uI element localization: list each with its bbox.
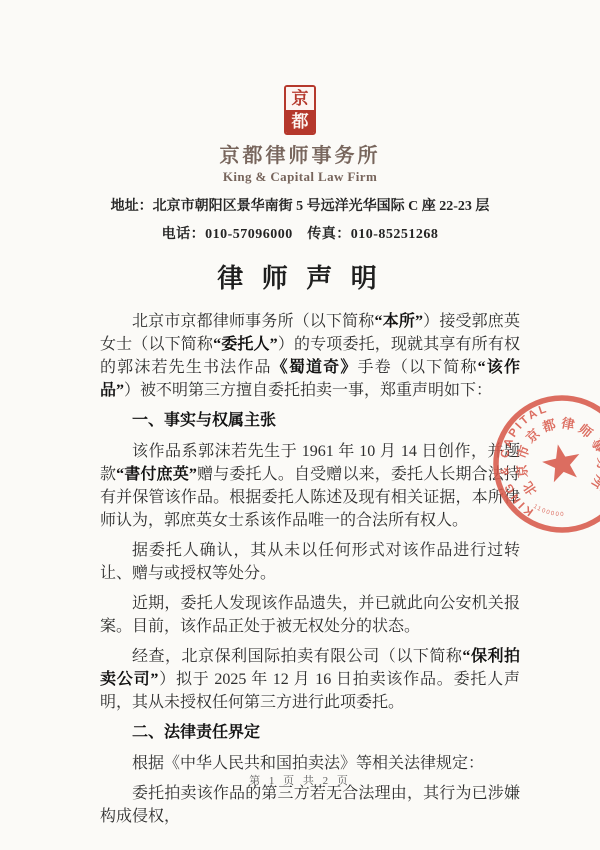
text-run: ）拟于 2025 年 12 月 16 日拍卖该作品。委托人声明，其从未授权任何第… (100, 671, 520, 711)
text-run: 《蜀道奇》 (272, 359, 358, 376)
stamp-star-icon (539, 440, 584, 483)
paragraph: 该作品系郭沫若先生于 1961 年 10 月 14 日创作，并题款“書付庶英”赠… (100, 440, 520, 532)
paragraph: 北京市京都律师事务所（以下简称“本所”）接受郭庶英女士（以下简称“委托人”）的专… (100, 310, 520, 402)
logo-bottom-character: 都 (286, 110, 314, 133)
page-number: 第 1 页 共 2 页 (0, 772, 600, 788)
text-run: 根据《中华人民共和国拍卖法》等相关法律规定： (132, 755, 484, 772)
section-heading: 二、法律责任界定 (100, 721, 520, 744)
text-run: “委托人” (213, 336, 278, 353)
letterhead: 京 都 京都律师事务所 King & Capital Law Firm 地址：北… (0, 0, 600, 243)
text-run: 近期，委托人发现该作品遗失，并已就此向公安机关报案。目前，该作品正处于被无权处分… (100, 595, 520, 635)
stamp-serial-number: 1100000 (531, 498, 566, 524)
paragraph: 据委托人确认，其从未以任何形式对该作品进行过转让、赠与或授权等处分。 (100, 539, 520, 585)
text-run: ）被不明第三方擅自委托拍卖一事，郑重声明如下： (124, 382, 492, 399)
document-title: 律 师 声 明 (0, 258, 600, 295)
text-run: 委托拍卖该作品的第三方若无合法理由，其行为已涉嫌构成侵权， (100, 785, 520, 825)
section-heading: 一、事实与权属主张 (100, 409, 520, 432)
firm-seal-logo-icon: 京 都 (284, 85, 316, 135)
text-run: 二、法律责任界定 (132, 724, 260, 741)
svg-text:1100000: 1100000 (531, 498, 566, 524)
text-run: “書付庶英” (116, 466, 197, 483)
logo-top-character: 京 (286, 87, 314, 110)
paragraph: 委托拍卖该作品的第三方若无合法理由，其行为已涉嫌构成侵权， (100, 782, 520, 828)
firm-phone-fax-line: 电话：010-57096000 传真：010-85251268 (0, 223, 600, 243)
text-run: 据委托人确认，其从未以任何形式对该作品进行过转让、赠与或授权等处分。 (100, 542, 520, 582)
text-run: 一、事实与权属主张 (132, 412, 276, 429)
firm-name-chinese: 京都律师事务所 (0, 139, 600, 168)
firm-address-line: 地址：北京市朝阳区景华南街 5 号远洋光华国际 C 座 22-23 层 (0, 195, 600, 215)
firm-name-english: King & Capital Law Firm (0, 169, 600, 185)
document-page: 京 都 京都律师事务所 King & Capital Law Firm 地址：北… (0, 0, 600, 850)
text-run: “本所” (374, 313, 423, 330)
paragraph: 经查，北京保利国际拍卖有限公司（以下简称“保利拍卖公司”）拟于 2025 年 1… (100, 645, 520, 714)
law-firm-round-stamp: KING & CAPITAL 北京市京都律师事务所 1100000 (460, 362, 600, 566)
text-run: 经查，北京保利国际拍卖有限公司（以下简称 (132, 648, 462, 665)
text-run: 北京市京都律师事务所（以下简称 (132, 313, 374, 330)
paragraph: 近期，委托人发现该作品遗失，并已就此向公安机关报案。目前，该作品正处于被无权处分… (100, 592, 520, 638)
